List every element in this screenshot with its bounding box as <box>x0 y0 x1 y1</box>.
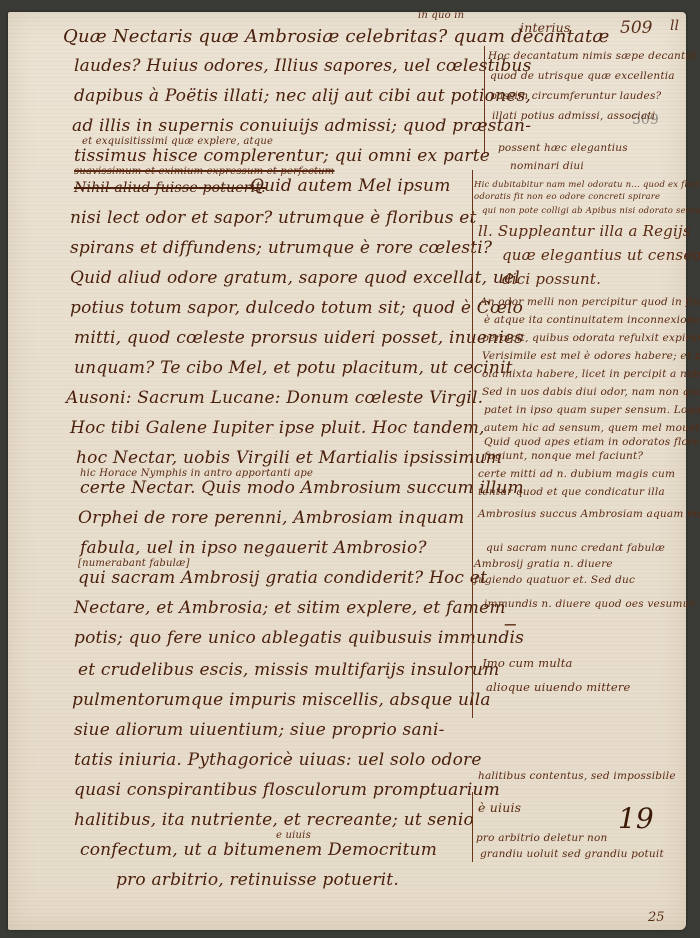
text-line: Hoc tibi Galene Iupiter ipse pluit. Hoc … <box>70 418 485 438</box>
margin-note: An odor melli non percipitur quod in fis… <box>480 296 700 308</box>
margin-note: autem hic ad sensum, quem mel mouet. <box>484 422 700 434</box>
margin-note: possent hæc elegantius <box>498 142 628 154</box>
text-line: nisi lect odor et sapor? utrumque è flor… <box>70 208 477 228</box>
margin-note: Hic dubitabitur nam mel odoratu n... quo… <box>474 180 700 190</box>
margin-note: odoratis fit non eo odore concreti spira… <box>474 192 660 202</box>
margin-note: quæ elegantius ut censeo <box>502 246 700 264</box>
text-line: quasi conspirantibus flosculorum promptu… <box>74 780 500 800</box>
margin-note: quod de utrisque quæ excellentia <box>490 70 675 82</box>
margin-note: grandiu uoluit sed grandiu potuit <box>480 848 664 860</box>
margin-note: dici possunt. <box>502 270 601 288</box>
margin-note: fugiendo quatuor et. Sed duc <box>474 574 635 586</box>
margin-note: halitibus contentus, sed impossibile <box>478 770 676 782</box>
margin-note: nominari diui <box>510 160 584 172</box>
text-line: potis; quo fere unico ablegatis quibusui… <box>74 628 524 648</box>
text-line: qui sacram Ambrosij gratia condiderit? H… <box>78 568 487 588</box>
margin-note: Ambrosij gratia n. diuere <box>474 558 613 570</box>
margin-note: qui sacram nunc credant fabulæ <box>486 542 665 554</box>
margin-note: ll. Suppleantur illa a Regijs <box>478 222 691 240</box>
text-line: tissimus hisce complerentur; qui omni ex… <box>74 146 490 166</box>
margin-note: qui non pote colligi ab Apibus nisi odor… <box>482 206 700 216</box>
text-line: unquam? Te cibo Mel, et potu placitum, u… <box>74 358 513 378</box>
margin-brace <box>472 792 473 862</box>
margin-note: Hoc decantatum nimis sæpe decantat <box>488 50 696 62</box>
text-line: pulmentorumque impuris miscellis, absque… <box>72 690 491 710</box>
text-line: halitibus, ita nutriente, et recreante; … <box>74 810 474 830</box>
margin-note: Jmo cum multa <box>482 656 573 670</box>
margin-number: 19 <box>618 802 654 835</box>
text-line: potius totum sapor, dulcedo totum sit; q… <box>70 298 523 318</box>
margin-note: fugiunt, nonque mel faciunt? <box>484 450 643 462</box>
margin-note: Ambrosius succus Ambrosiam aquam malo <box>478 508 700 520</box>
text-line: spirans et diffundens; utrumque è rore c… <box>70 238 492 258</box>
struck-text: Nihil aliud fuisse potuerit. <box>74 180 266 196</box>
text-line: et crudelibus escis, missis multifarijs … <box>78 660 499 680</box>
text-line: mitti, quod cœleste prorsus uideri posse… <box>74 328 523 348</box>
folio-mark: ll <box>670 18 679 34</box>
margin-brace <box>472 170 473 718</box>
text-line: dapibus à Poëtis illati; nec alij aut ci… <box>74 86 531 106</box>
text-line: laudes? Huius odores, Illius sapores, ue… <box>74 56 532 76</box>
margin-note: tentur quod et que condicatur illa <box>478 486 665 498</box>
text-line: hoc Nectar, uobis Virgili et Martialis i… <box>76 448 502 468</box>
text-line: tatis iniuria. Pythagoricè uiuas: uel so… <box>74 750 482 770</box>
margin-brace <box>484 46 485 154</box>
margin-note: illati potius admissi, associati <box>492 110 655 122</box>
text-line: Orphei de rore perenni, Ambrosiam inquam <box>78 508 464 528</box>
margin-note: ola mixta habere, licet in percipit a no… <box>482 368 700 380</box>
text-line: Nectare, et Ambrosia; et sitim explere, … <box>74 598 506 618</box>
margin-note: alioque uiuendo mittere <box>486 680 631 694</box>
interlinear-note: in quo in <box>418 10 464 21</box>
manuscript-page: 509 ll 509 25 19 in quo in Quæ Nectaris … <box>8 12 686 930</box>
folio-number-bottom: 25 <box>648 910 665 925</box>
text-line: Quid autem Mel ipsum <box>250 176 451 196</box>
margin-note: pro arbitrio deletur non <box>476 832 608 844</box>
margin-note: Verisimile est mel è odores habere; et p… <box>482 350 700 362</box>
margin-note: è atque ita continuitatem inconnexionem <box>484 314 700 326</box>
folio-number-ink: 509 <box>620 18 652 38</box>
text-line: certe Nectar. Quis modo Ambrosium succum… <box>80 478 524 498</box>
text-line: confectum, ut a bitumenem Democritum <box>80 840 437 860</box>
margin-note: interius <box>520 20 571 35</box>
margin-note: percipit, quibus odorata refulxit expira… <box>482 332 700 344</box>
margin-note: Quid quod apes etiam in odoratos flores <box>484 436 700 448</box>
margin-note: Sed in uos dabis diui odor, nam non quæ <box>482 386 700 398</box>
text-line: Quid aliud odore gratum, sapore quod exc… <box>70 268 520 288</box>
margin-note: è uiuis <box>478 800 521 815</box>
margin-note: certe mitti ad n. dubium magis cum <box>478 468 675 480</box>
text-line: Ausoni: Sacrum Lucane: Donum cœleste Vir… <box>66 388 483 408</box>
text-line: pro arbitrio, retinuisse potuerit. <box>116 870 399 890</box>
text-line: siue aliorum uiuentium; siue proprio san… <box>74 720 445 740</box>
margin-note: immundis n. diuere quod oes vesumur <box>484 598 695 610</box>
margin-note: passim circumferuntur laudes? <box>490 90 661 102</box>
text-line: ad illis in supernis conuiuijs admissi; … <box>72 116 531 136</box>
margin-dash: — <box>504 616 517 631</box>
text-line: fabula, uel in ipso negauerit Ambrosio? <box>80 538 427 558</box>
margin-note: patet in ipso quam super sensum. Loquimu… <box>484 404 700 416</box>
